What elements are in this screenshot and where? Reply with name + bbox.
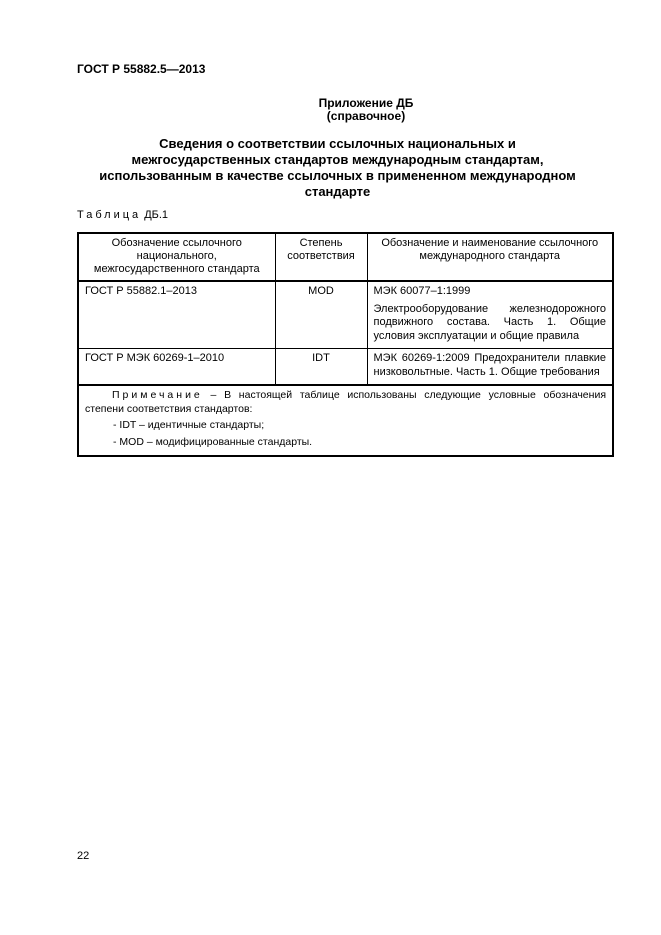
document-title: Сведения о соответствии ссылочных национ… bbox=[70, 136, 605, 200]
intl-standard-description: МЭК 60269-1:2009 Предохранители плавкие … bbox=[374, 352, 607, 379]
appendix-kind: (справочное) bbox=[319, 110, 414, 123]
document-title-line: стандарте bbox=[70, 184, 605, 200]
intl-standard-code: МЭК 60077–1:1999 bbox=[374, 285, 607, 299]
cell-national-standard: ГОСТ Р 55882.1–2013 bbox=[78, 281, 275, 349]
cell-international-standard: МЭК 60269-1:2009 Предохранители плавкие … bbox=[367, 349, 613, 386]
page-number: 22 bbox=[77, 850, 89, 862]
document-title-line: межгосударственных стандартов международ… bbox=[70, 152, 605, 168]
table-row: ГОСТ Р 55882.1–2013 MOD МЭК 60077–1:1999… bbox=[78, 281, 613, 349]
column-header-national: Обозначение ссылочного национального, ме… bbox=[78, 233, 275, 281]
table-caption: Таблица ДБ.1 bbox=[77, 209, 168, 221]
cell-national-standard: ГОСТ Р МЭК 60269-1–2010 bbox=[78, 349, 275, 386]
column-header-degree: Степень соответствия bbox=[275, 233, 367, 281]
note-item-idt: - IDT – идентичные стандарты; bbox=[85, 419, 606, 433]
cell-international-standard: МЭК 60077–1:1999 Электрооборудование жел… bbox=[367, 281, 613, 349]
document-title-line: использованным в качестве ссылочных в пр… bbox=[70, 168, 605, 184]
cell-degree: IDT bbox=[275, 349, 367, 386]
table-caption-number: ДБ.1 bbox=[144, 209, 168, 221]
document-title-line: Сведения о соответствии ссылочных национ… bbox=[70, 136, 605, 152]
table-note: Примечание – В настоящей таблице использ… bbox=[78, 385, 613, 456]
table-header-row: Обозначение ссылочного национального, ме… bbox=[78, 233, 613, 281]
table-note-row: Примечание – В настоящей таблице использ… bbox=[78, 385, 613, 456]
note-item-mod: - MOD – модифицированные стандарты. bbox=[85, 436, 606, 450]
doc-code: ГОСТ Р 55882.5—2013 bbox=[77, 62, 205, 76]
reference-standards-table: Обозначение ссылочного национального, ме… bbox=[77, 232, 614, 457]
intl-standard-description: Электрооборудование железнодорожного под… bbox=[374, 303, 607, 344]
table-row: ГОСТ Р МЭК 60269-1–2010 IDT МЭК 60269-1:… bbox=[78, 349, 613, 386]
appendix-block: Приложение ДБ (справочное) bbox=[319, 97, 414, 123]
cell-degree: MOD bbox=[275, 281, 367, 349]
note-paragraph: Примечание – В настоящей таблице использ… bbox=[85, 389, 606, 416]
column-header-international: Обозначение и наименование ссылочного ме… bbox=[367, 233, 613, 281]
table-caption-word: Таблица bbox=[77, 209, 141, 221]
note-label: Примечание bbox=[112, 389, 203, 401]
document-page: ГОСТ Р 55882.5—2013 Приложение ДБ (справ… bbox=[0, 0, 661, 935]
